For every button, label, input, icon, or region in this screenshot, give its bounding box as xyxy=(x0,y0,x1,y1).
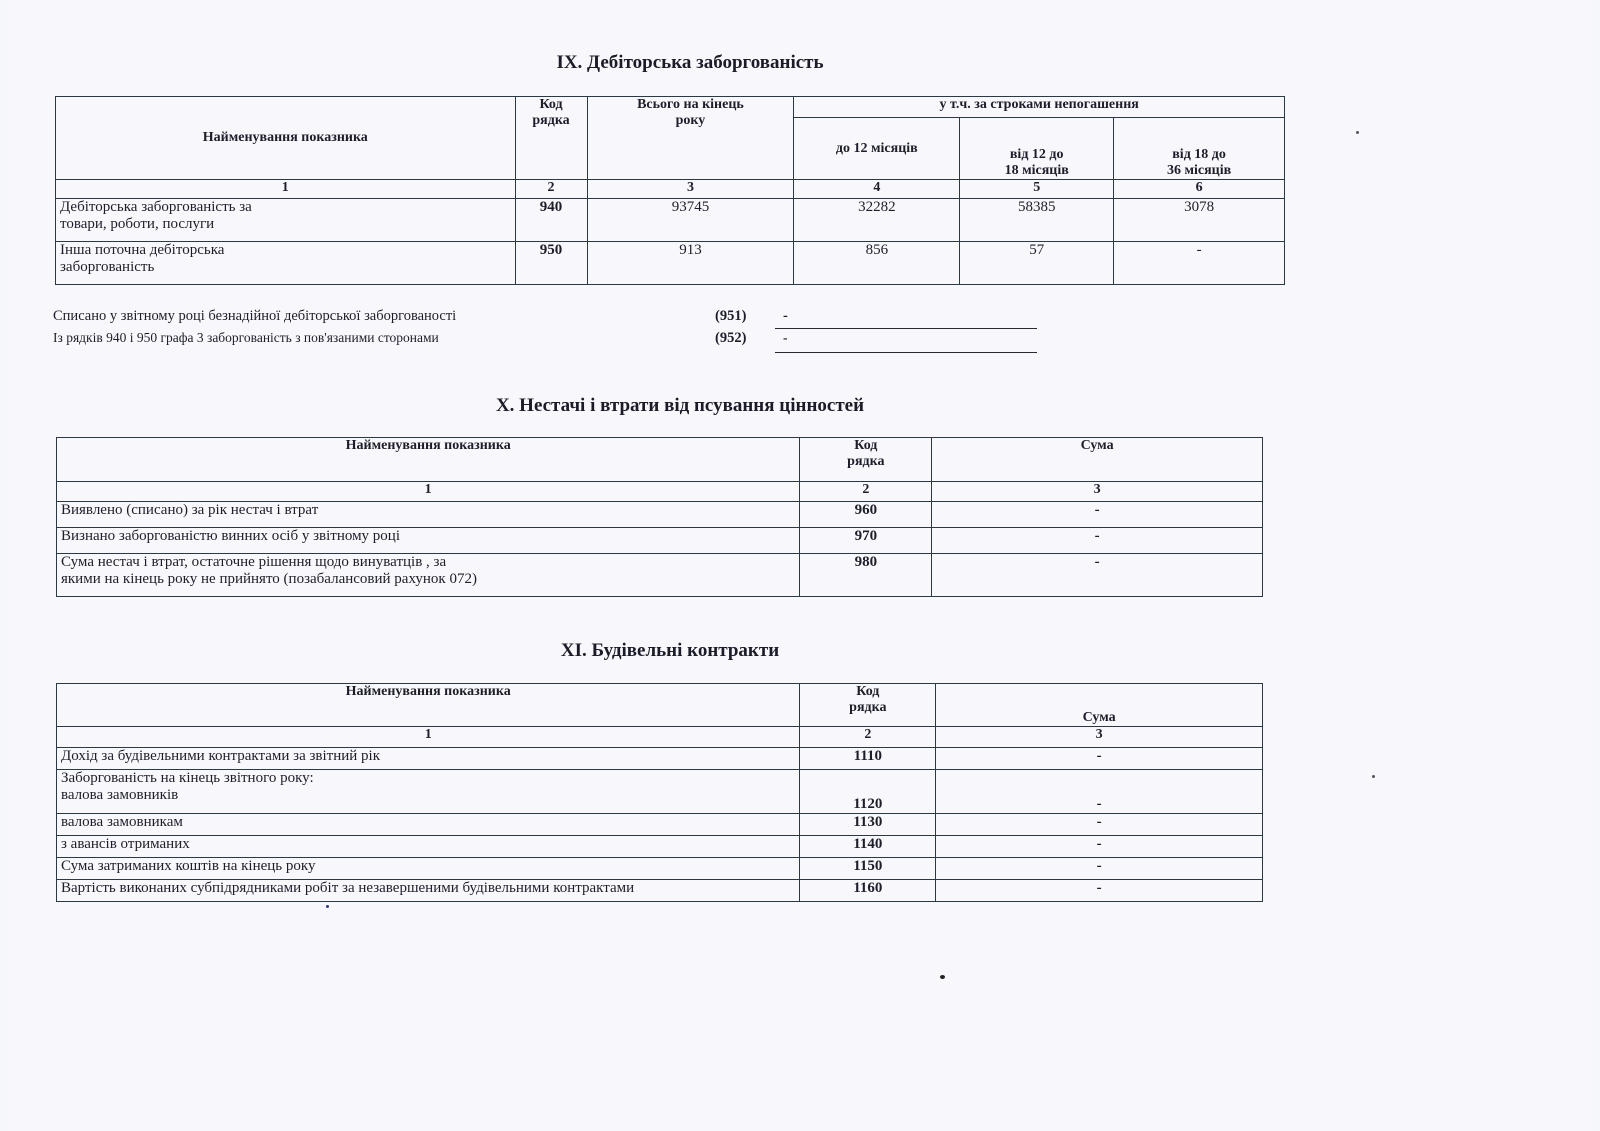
column-numbers-row: 1 2 3 4 5 6 xyxy=(56,180,1285,199)
receivables-table: Найменування показника Код рядка Всього … xyxy=(55,96,1285,285)
section-11-title: XI. Будівельні контракти xyxy=(450,640,890,662)
section-10-title: X. Нестачі і втрати від псування цінност… xyxy=(410,395,950,417)
scan-speck xyxy=(940,975,945,979)
header-col4: до 12 місяців xyxy=(794,118,960,180)
header-code: Кодрядка xyxy=(800,438,932,482)
scan-speck xyxy=(1356,131,1359,134)
scan-speck xyxy=(1372,775,1375,778)
header-name: Найменування показника xyxy=(56,97,516,180)
shortages-table: Найменування показника Кодрядка Сума 1 2… xyxy=(56,437,1263,597)
table-row: з авансів отриманих 1140 - xyxy=(57,836,1263,858)
value-underline xyxy=(775,334,1037,353)
header-name: Найменування показника xyxy=(57,438,800,482)
header-code: Кодрядка xyxy=(800,684,936,727)
table-row: Сума затриманих коштів на кінець року 11… xyxy=(57,858,1263,880)
table-row: Дебіторська заборгованість затовари, роб… xyxy=(56,199,1285,242)
table-row: Інша поточна дебіторськазаборгованість 9… xyxy=(56,242,1285,285)
table-row: валова замовникам 1130 - xyxy=(57,814,1263,836)
table-row: Виявлено (списано) за рік нестач і втрат… xyxy=(57,502,1263,528)
header-col6: від 18 до36 місяців xyxy=(1114,118,1285,180)
header-name: Найменування показника xyxy=(57,684,800,727)
section-9-title: IX. Дебіторська заборгованість xyxy=(450,52,930,74)
table-row: Заборгованість на кінець звітного року:в… xyxy=(57,770,1263,814)
construction-contracts-table: Найменування показника Кодрядка Сума 1 2… xyxy=(56,683,1263,902)
header-col5: від 12 до18 місяців xyxy=(960,118,1114,180)
header-group: у т.ч. за строками непогашення xyxy=(794,97,1285,118)
table-row: Визнано заборгованістю винних осіб у зві… xyxy=(57,528,1263,554)
header-code: Код рядка xyxy=(515,97,587,180)
value-underline xyxy=(775,310,1037,329)
document-page: IX. Дебіторська заборгованість Найменува… xyxy=(10,0,1590,1131)
column-numbers-row: 1 2 3 xyxy=(57,482,1263,502)
table-row: Сума нестач і втрат, остаточне рішення щ… xyxy=(57,554,1263,597)
written-off-note: Списано у звітному році безнадійної дебі… xyxy=(53,308,1053,330)
scan-speck xyxy=(326,905,329,908)
table-row: Дохід за будівельними контрактами за зві… xyxy=(57,748,1263,770)
table-row: Вартість виконаних субпідрядниками робіт… xyxy=(57,880,1263,902)
header-sum: Сума xyxy=(936,684,1263,727)
header-sum: Сума xyxy=(932,438,1263,482)
header-total: Всього на кінець року xyxy=(587,97,794,180)
related-parties-note: Із рядків 940 і 950 графа 3 заборгованіс… xyxy=(53,330,1053,352)
column-numbers-row: 1 2 3 xyxy=(57,727,1263,748)
